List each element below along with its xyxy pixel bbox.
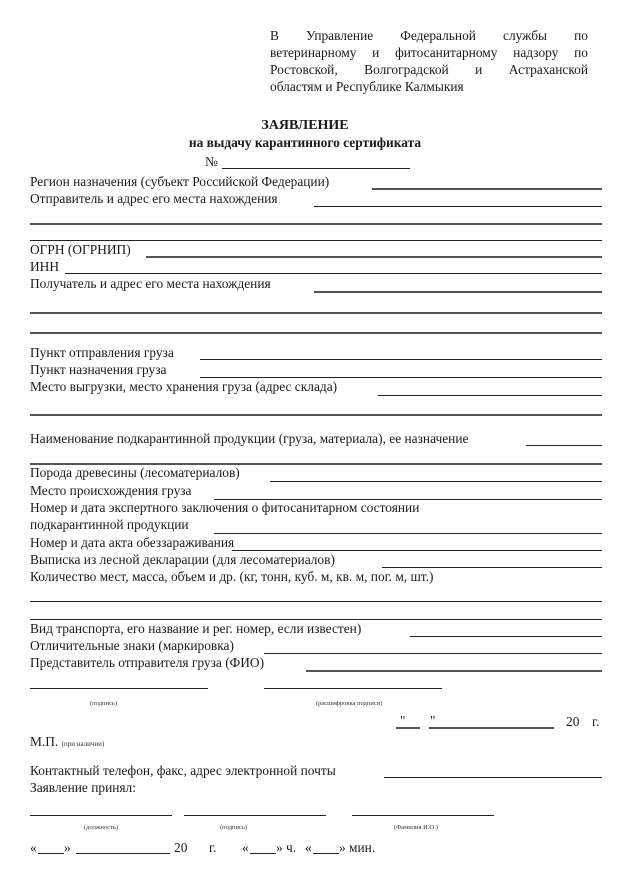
recipient-field-continued-2[interactable] <box>30 332 602 334</box>
destination-point-field[interactable] <box>200 377 602 378</box>
addressee-line: В Управление Федеральной службы по <box>270 27 588 44</box>
sender-field-continued-2[interactable] <box>30 240 602 241</box>
quantity-field[interactable] <box>30 601 602 602</box>
position-caption: (должность) <box>84 820 118 836</box>
stamp-note: (при наличии) <box>62 740 105 748</box>
addressee-line: Ростовской, Волгоградской и Астраханской <box>270 61 588 78</box>
expert-conclusion-field[interactable] <box>214 533 602 534</box>
transport-field[interactable] <box>410 636 602 637</box>
quantity-label: Количество мест, масса, объем и др. (кг,… <box>30 569 433 585</box>
marking-field[interactable] <box>264 653 602 654</box>
stamp-label: М.П. (при наличии) <box>30 734 104 752</box>
decoding-caption: (расшифровка подписи) <box>316 696 382 712</box>
document-title: ЗАЯВЛЕНИЕ <box>0 118 610 134</box>
unloading-place-field[interactable] <box>378 395 602 396</box>
year-prefix: 20 <box>566 714 579 730</box>
contact-field[interactable] <box>384 777 602 778</box>
ogrn-label: ОГРН (ОГРНИП) <box>30 242 131 258</box>
minute-open: « <box>305 840 312 856</box>
signature-decoding-field[interactable] <box>264 688 442 689</box>
accepted-position-field[interactable] <box>30 815 172 816</box>
sender-label: Отправитель и адрес его места нахождения <box>30 191 278 207</box>
hour-close: » ч. <box>276 840 296 856</box>
hour-open: « <box>242 840 249 856</box>
unloading-place-label: Место выгрузки, место хранения груза (ад… <box>30 379 337 395</box>
year-suffix: г. <box>592 714 599 730</box>
product-name-label: Наименование подкарантинной продукции (г… <box>30 431 468 447</box>
document-subtitle: на выдачу карантинного сертификата <box>0 135 610 151</box>
region-label: Регион назначения (субъект Российской Фе… <box>30 174 329 190</box>
expert-conclusion-label: Номер и дата экспертного заключения о фи… <box>30 500 419 516</box>
recipient-label: Получатель и адрес его места нахождения <box>30 276 271 292</box>
accepted-signature-caption: (подпись) <box>220 820 247 836</box>
signature-caption: (подпись) <box>90 696 117 712</box>
transport-label: Вид транспорта, его название и рег. номе… <box>30 621 361 637</box>
forest-declaration-field[interactable] <box>382 567 602 568</box>
contact-label: Контактный телефон, факс, адрес электрон… <box>30 763 336 779</box>
minute-close: » мин. <box>339 840 375 856</box>
sender-field[interactable] <box>314 206 602 207</box>
sender-date-month-field[interactable] <box>429 727 554 729</box>
recipient-field[interactable] <box>314 291 602 293</box>
name-caption: (Фамилия И.О.) <box>394 820 438 836</box>
number-label: № <box>205 154 218 170</box>
addressee-block: В Управление Федеральной службы по ветер… <box>270 27 588 95</box>
sender-signature-field[interactable] <box>30 688 208 689</box>
inn-field[interactable] <box>65 273 602 274</box>
region-field[interactable] <box>372 188 602 190</box>
representative-label: Представитель отправителя груза (ФИО) <box>30 655 264 671</box>
quantity-field-continued[interactable] <box>30 619 602 620</box>
accepted-signature-field[interactable] <box>184 815 326 816</box>
sender-field-continued[interactable] <box>30 223 602 225</box>
recipient-field-continued[interactable] <box>30 312 602 314</box>
stamp-label-text: М.П. <box>30 734 58 749</box>
accept-month-field[interactable] <box>76 853 170 854</box>
forest-declaration-label: Выписка из лесной декларации (для лесома… <box>30 552 335 568</box>
accept-day-field[interactable] <box>38 853 64 854</box>
expert-conclusion-label-2: подкарантинной продукции <box>30 517 189 533</box>
sender-date-day-field[interactable] <box>396 727 420 729</box>
departure-point-label: Пункт отправления груза <box>30 345 174 361</box>
product-name-field[interactable] <box>526 445 602 446</box>
origin-place-label: Место происхождения груза <box>30 483 192 499</box>
addressee-line: ветеринарному и фитосанитарному надзору … <box>270 44 588 61</box>
destination-point-label: Пункт назначения груза <box>30 362 167 378</box>
accept-date-open: « <box>30 840 37 856</box>
accepted-label: Заявление принял: <box>30 780 136 796</box>
wood-species-label: Порода древесины (лесоматериалов) <box>30 465 240 481</box>
inn-label: ИНН <box>30 259 59 275</box>
accept-hour-field[interactable] <box>250 853 276 854</box>
application-number-field[interactable] <box>222 168 410 169</box>
accept-year-prefix: 20 <box>174 840 187 856</box>
departure-point-field[interactable] <box>200 359 602 360</box>
ogrn-field[interactable] <box>146 256 602 258</box>
disinfection-act-label: Номер и дата акта обеззараживания <box>30 535 234 551</box>
accept-date-close: » <box>64 840 71 856</box>
accept-year-suffix: г. <box>209 840 216 856</box>
addressee-line: областям и Республике Калмыкия <box>270 78 588 95</box>
accept-minute-field[interactable] <box>313 853 339 854</box>
unloading-place-field-continued[interactable] <box>30 414 602 416</box>
wood-species-field[interactable] <box>270 481 602 482</box>
disinfection-act-field[interactable] <box>232 550 602 551</box>
representative-field[interactable] <box>306 670 602 672</box>
marking-label: Отличительные знаки (маркировка) <box>30 638 234 654</box>
accepted-name-field[interactable] <box>352 815 494 816</box>
